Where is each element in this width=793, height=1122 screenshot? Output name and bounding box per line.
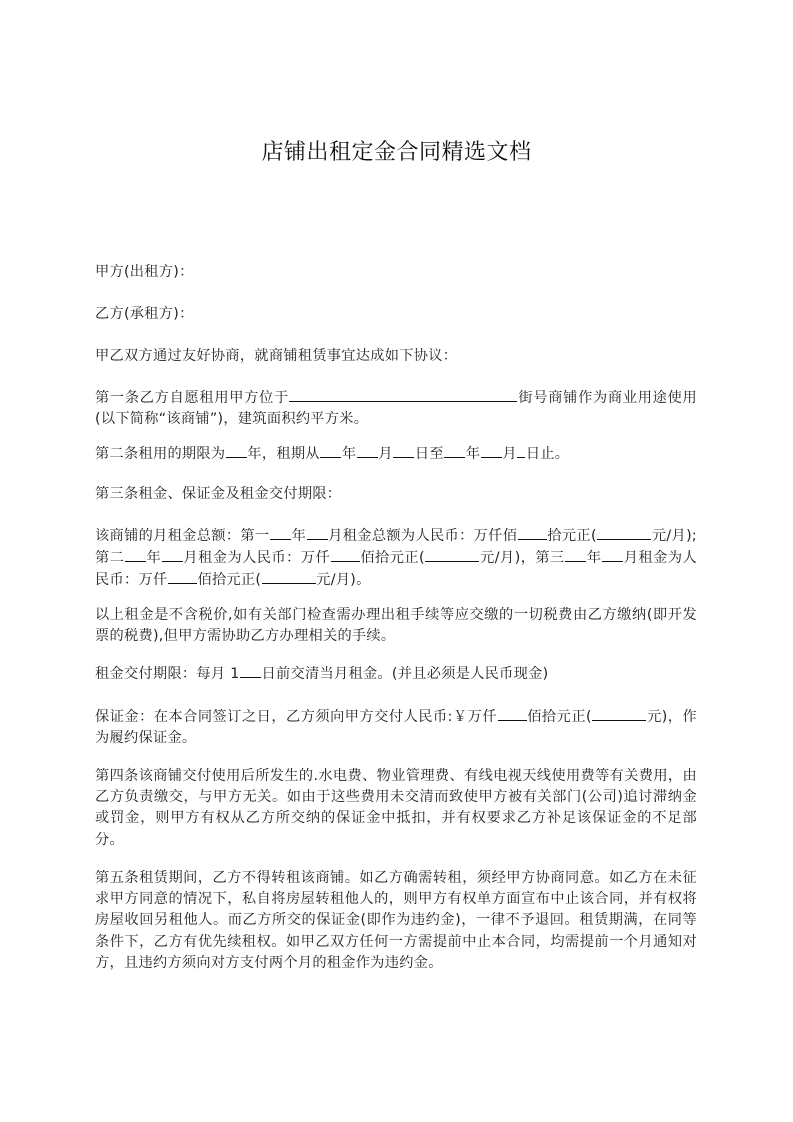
article-2-text: 年	[342, 446, 357, 462]
term-years-blank[interactable]	[226, 443, 247, 458]
rent1-amount-blank[interactable]	[518, 525, 547, 540]
article-2-text: 第二条租用的期限为	[95, 446, 225, 462]
end-month-blank[interactable]	[481, 443, 502, 458]
rent-text: 月租金总额为人民币：万仟佰	[328, 528, 517, 544]
article-2-text: 日止。	[526, 446, 569, 462]
party-a-line: 甲方(出租方)：	[95, 262, 697, 283]
article-2-text: 年	[466, 446, 481, 462]
rent-text: 元/月)。	[316, 572, 370, 588]
year1-blank[interactable]	[270, 525, 291, 540]
deposit-paragraph: 保证金：在本合同签订之日，乙方须向甲方交付人民币:￥万仟佰拾元正(元)，作为履约…	[95, 706, 697, 749]
deposit-amount-blank[interactable]	[498, 706, 527, 721]
payment-deadline-paragraph: 租金交付期限：每月 1日前交清当月租金。(并且必须是人民币现金)	[95, 663, 697, 685]
address-blank[interactable]	[289, 387, 517, 402]
deposit-text: 佰拾元正(	[527, 709, 592, 725]
month3-blank[interactable]	[602, 547, 623, 562]
rent-amount-paragraph: 该商铺的月租金总额：第一年月租金总额为人民币：万仟佰拾元正(元/月);第二年月租…	[95, 525, 697, 592]
rent-text: 佰拾元正(	[197, 572, 261, 588]
payment-text: 日前交清当月租金。(并且必须是人民币现金)	[262, 666, 549, 682]
article-2-text: 月	[378, 446, 393, 462]
rent2-numeric-blank[interactable]	[425, 547, 479, 562]
end-year-blank[interactable]	[444, 443, 465, 458]
rent-text: 拾元正(	[547, 528, 597, 544]
rent2-amount-blank[interactable]	[331, 547, 360, 562]
rent-text: 佰拾元正(	[360, 550, 425, 566]
article-3-heading: 第三条租金、保证金及租金交付期限：	[95, 484, 697, 505]
document-title: 店铺出租定金合同精选文档	[0, 138, 793, 168]
article-2-text: 月	[502, 446, 517, 462]
article-1-text-1: 第一条乙方自愿租用甲方位于	[95, 390, 289, 406]
end-day-blank[interactable]	[517, 443, 525, 458]
article-1: 第一条乙方自愿租用甲方位于街号商铺作为商业用途使用(以下简称“该商铺”)，建筑面…	[95, 387, 697, 430]
year3-blank[interactable]	[565, 547, 586, 562]
party-b-line: 乙方(承租方)：	[95, 304, 697, 325]
rent3-amount-blank[interactable]	[168, 569, 197, 584]
start-day-blank[interactable]	[393, 443, 414, 458]
payment-day-blank[interactable]	[240, 663, 261, 678]
rent-text: 月租金为人民币：万仟	[183, 550, 330, 566]
deposit-numeric-blank[interactable]	[592, 706, 646, 721]
year2-blank[interactable]	[125, 547, 146, 562]
article-2-text: 年，租期从	[247, 446, 319, 462]
rent-text: 年	[587, 550, 602, 566]
rent1-numeric-blank[interactable]	[597, 525, 651, 540]
article-2: 第二条租用的期限为年，租期从年月日至年月日止。	[95, 443, 697, 465]
intro-paragraph: 甲乙双方通过友好协商，就商铺租赁事宜达成如下协议：	[95, 346, 697, 367]
tax-note-paragraph: 以上租金是不含税价,如有关部门检查需办理出租手续等应交缴的一切税费由乙方缴纳(即…	[95, 605, 697, 647]
rent-text: 年	[146, 550, 161, 566]
rent-text: 年	[292, 528, 307, 544]
rent3-numeric-blank[interactable]	[262, 569, 316, 584]
start-year-blank[interactable]	[320, 443, 341, 458]
deposit-text: 保证金：在本合同签订之日，乙方须向甲方交付人民币:￥万仟	[95, 709, 497, 725]
rent-text: 元/月)，第三	[480, 550, 565, 566]
start-month-blank[interactable]	[357, 443, 378, 458]
article-5: 第五条租赁期间，乙方不得转租该商铺。如乙方确需转租，须经甲方协商同意。如乙方在未…	[95, 868, 697, 974]
payment-text: 租金交付期限：每月 1	[95, 666, 240, 682]
month1-blank[interactable]	[307, 525, 328, 540]
rent-text: 该商铺的月租金总额：第一	[95, 528, 270, 544]
month2-blank[interactable]	[162, 547, 183, 562]
article-2-text: 日至	[415, 446, 444, 462]
document-page: 店铺出租定金合同精选文档 甲方(出租方)： 乙方(承租方)： 甲乙双方通过友好协…	[0, 0, 793, 1122]
article-4: 第四条该商铺交付使用后所发生的.水电费、物业管理费、有线电视天线使用费等有关费用…	[95, 766, 697, 851]
